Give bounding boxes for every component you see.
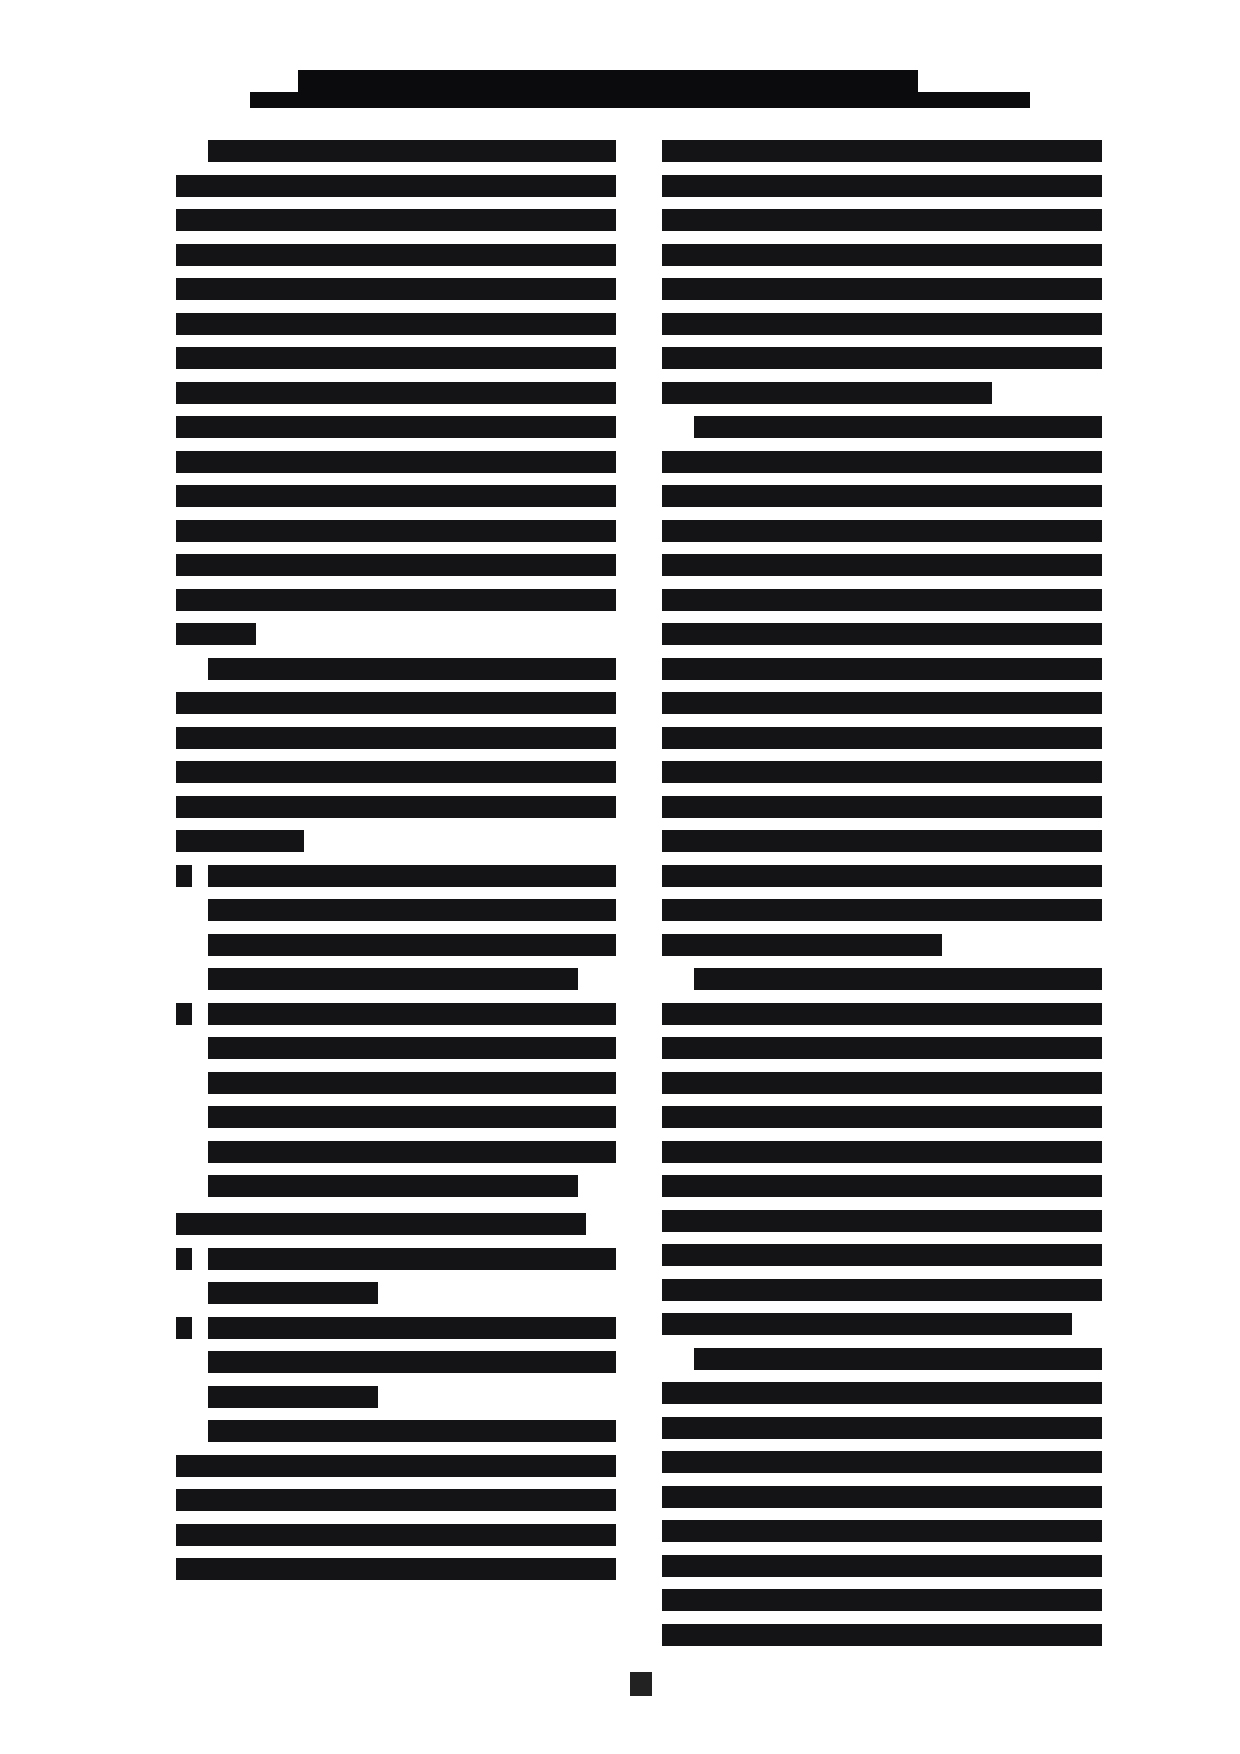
paragraph xyxy=(176,140,616,645)
numbered-list xyxy=(176,865,616,1198)
paragraph xyxy=(176,1420,616,1580)
section-heading xyxy=(176,1213,586,1235)
list-item xyxy=(176,1003,616,1198)
list-item xyxy=(176,1248,616,1305)
paragraph xyxy=(662,968,1102,1335)
numbered-list xyxy=(176,1248,616,1408)
right-column xyxy=(662,140,1102,1658)
paragraph xyxy=(662,1348,1102,1646)
list-item xyxy=(176,1317,616,1408)
list-number xyxy=(176,865,192,887)
list-number xyxy=(176,1317,192,1339)
document-page xyxy=(0,0,1240,1754)
paragraph xyxy=(662,416,1102,956)
list-number xyxy=(176,1248,192,1270)
list-item xyxy=(176,865,616,991)
paragraph xyxy=(662,140,1102,404)
list-number xyxy=(176,1003,192,1025)
left-column xyxy=(176,140,616,1593)
page-number xyxy=(630,1672,652,1696)
document-title xyxy=(250,70,1030,110)
paragraph xyxy=(176,658,616,853)
